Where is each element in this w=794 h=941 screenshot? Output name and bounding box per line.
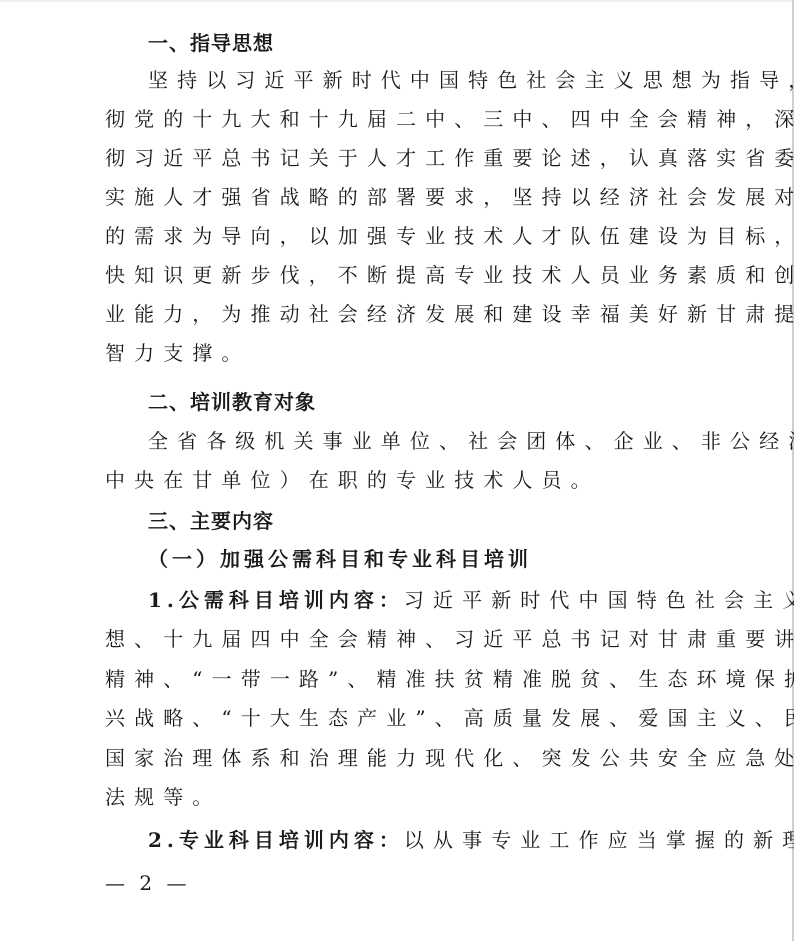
body-line: 国家治理体系和治理能力现代化、突发公共安全应急处置、法律 [105,745,794,771]
body-line: 兴战略、“十大生态产业”、高质量发展、爱国主义、民族团结、 [105,705,794,731]
subsection-heading: （一）加强公需科目和专业科目培训 [148,546,532,572]
page-number: — 2 — [105,870,190,896]
item-line-public-subjects: 1.公需科目培训内容：习近平新时代中国特色社会主义思 [148,587,794,613]
body-line: 的需求为导向，以加强专业技术人才队伍建设为目标，进一步加 [105,223,794,249]
top-edge-shadow [0,0,794,3]
section-heading-training-targets: 二、培训教育对象 [148,389,316,415]
section-heading-guiding-ideology: 一、指导思想 [148,30,274,56]
body-line: 精神、“一带一路”、精准扶贫精准脱贫、生态环境保护、乡村振 [105,666,794,692]
body-line: 坚持以习近平新时代中国特色社会主义思想为指导，全面贯 [148,67,794,93]
body-line: 中央在甘单位）在职的专业技术人员。 [105,467,600,493]
body-line: 全省各级机关事业单位、社会团体、企业、非公经济组织（含 [148,428,794,454]
item-text: 习近平新时代中国特色社会主义思 [404,588,794,612]
body-line: 智力支撑。 [105,340,251,366]
item-lead-label: 1.公需科目培训内容： [148,588,404,612]
item-text: 以从事专业工作应当掌握的新理论、 [404,828,794,852]
body-line: 实施人才强省战略的部署要求，坚持以经济社会发展对人才素质 [105,184,794,210]
body-line: 彻习近平总书记关于人才工作重要论述，认真落实省委、省政府 [105,145,794,171]
body-line: 法规等。 [105,784,221,810]
body-line: 想、十九届四中全会精神、习近平总书记对甘肃重要讲话和指示 [105,626,794,652]
item-line-professional-subjects: 2.专业科目培训内容：以从事专业工作应当掌握的新理论、 [148,827,794,853]
item-lead-label: 2.专业科目培训内容： [148,828,404,852]
body-line: 业能力，为推动社会经济发展和建设幸福美好新甘肃提供人才和 [105,301,794,327]
body-line: 彻党的十九大和十九届二中、三中、四中全会精神，深入学习贯 [105,106,794,132]
body-line: 快知识更新步伐，不断提高专业技术人员业务素质和创新创造创 [105,262,794,288]
section-heading-main-content: 三、主要内容 [148,508,274,534]
